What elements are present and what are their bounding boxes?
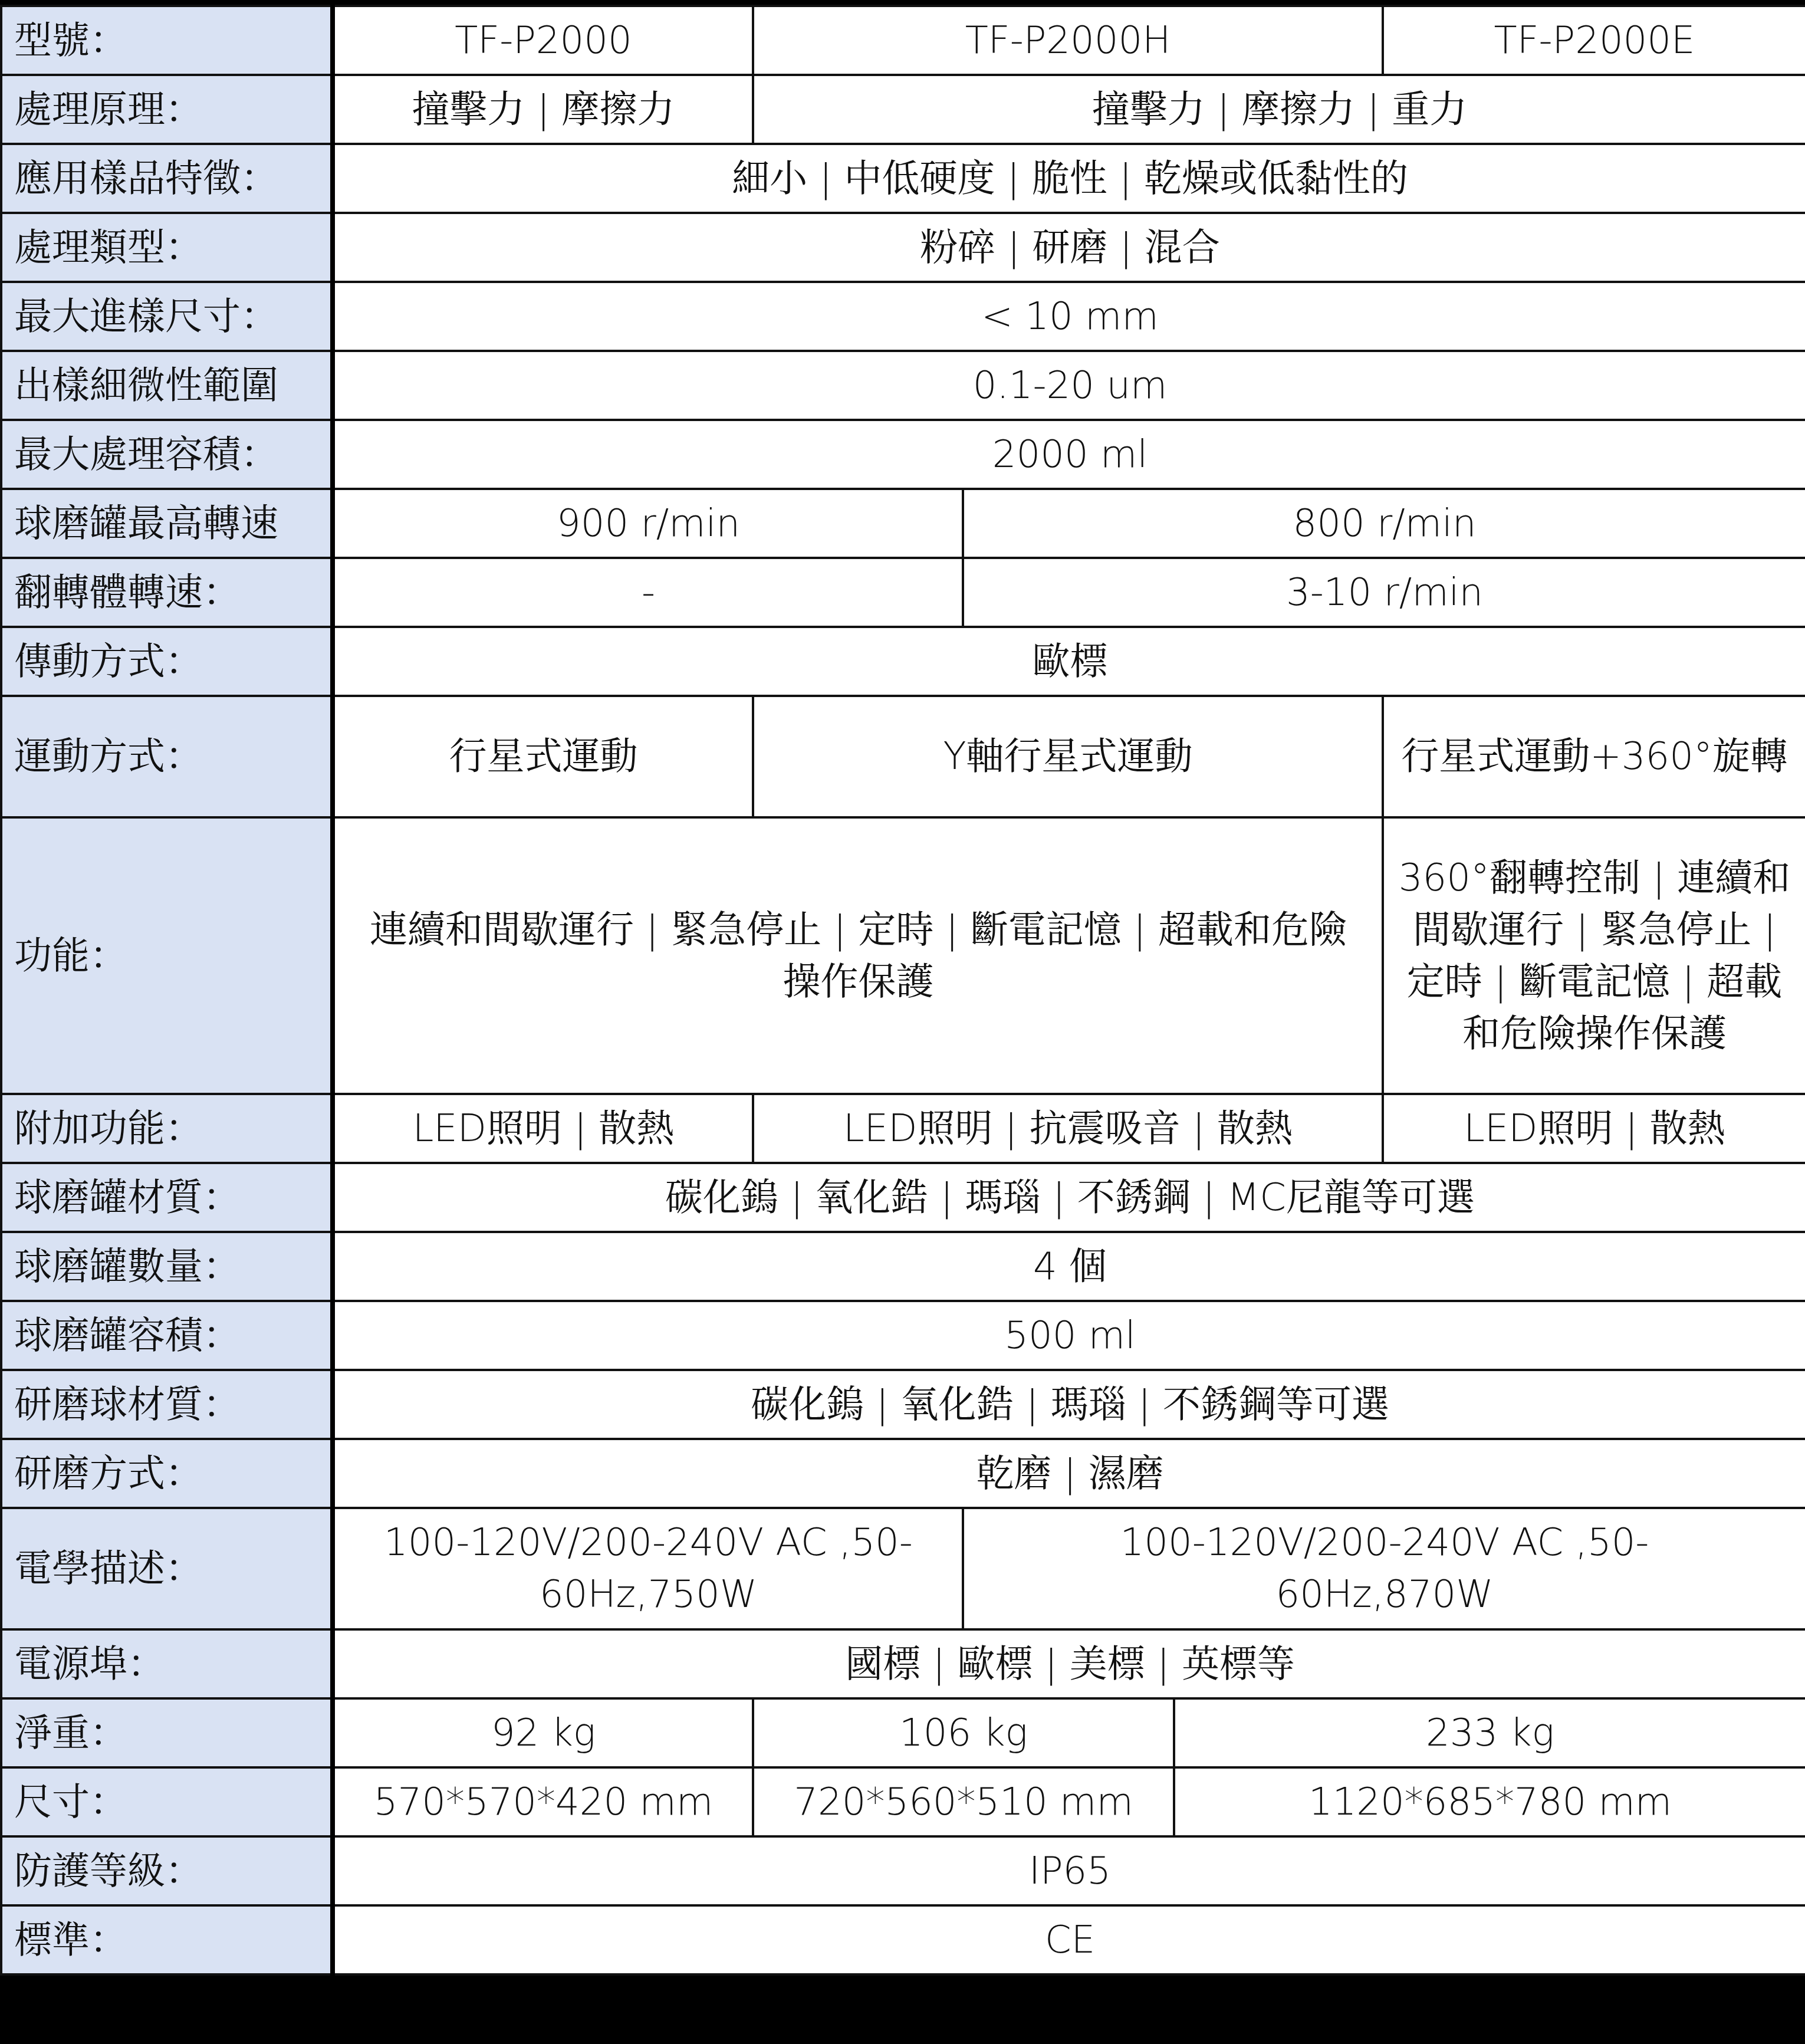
row-label: 應用樣品特徵： bbox=[1, 144, 333, 213]
cell-value: 92 kg bbox=[333, 1698, 753, 1767]
cell-value: 100-120V/200-240V AC ,50-60Hz,870W bbox=[963, 1508, 1805, 1629]
row-functions: 功能： 連續和間歇運行 | 緊急停止 | 定時 | 斷電記憶 | 超載和危險操作… bbox=[1, 817, 1805, 1094]
cell-value: 碳化鎢 | 氧化鋯 | 瑪瑙 | 不銹鋼等可選 bbox=[333, 1370, 1805, 1439]
cell-value: 2000 ml bbox=[333, 420, 1805, 489]
cell-value: 500 ml bbox=[333, 1301, 1805, 1370]
row-label: 處理類型： bbox=[1, 213, 333, 282]
row-max-capacity: 最大處理容積： 2000 ml bbox=[1, 420, 1805, 489]
row-process-type: 處理類型： 粉碎 | 研磨 | 混合 bbox=[1, 213, 1805, 282]
row-label: 運動方式： bbox=[1, 696, 333, 817]
model-tf-p2000h: TF-P2000H bbox=[753, 6, 1383, 75]
cell-value: 570*570*420 mm bbox=[333, 1767, 753, 1836]
row-label: 球磨罐數量： bbox=[1, 1232, 333, 1301]
row-jar-material: 球磨罐材質： 碳化鎢 | 氧化鋯 | 瑪瑙 | 不銹鋼 | MC尼龍等可選 bbox=[1, 1163, 1805, 1232]
row-jar-count: 球磨罐數量： 4 個 bbox=[1, 1232, 1805, 1301]
row-label: 淨重： bbox=[1, 1698, 333, 1767]
cell-value: 行星式運動 bbox=[333, 696, 753, 817]
cell-value: 3-10 r/min bbox=[963, 558, 1805, 627]
cell-value: 粉碎 | 研磨 | 混合 bbox=[333, 213, 1805, 282]
cell-value: 歐標 bbox=[333, 627, 1805, 696]
row-label: 研磨方式： bbox=[1, 1439, 333, 1508]
cell-value: 233 kg bbox=[1174, 1698, 1805, 1767]
spec-sheet: 型號： TF-P2000 TF-P2000H TF-P2000E 處理原理： 撞… bbox=[0, 5, 1805, 1976]
row-electrical: 電學描述： 100-120V/200-240V AC ,50-60Hz,750W… bbox=[1, 1508, 1805, 1629]
row-label: 球磨罐容積： bbox=[1, 1301, 333, 1370]
row-label: 出樣細微性範圍 bbox=[1, 351, 333, 420]
cell-value: 4 個 bbox=[333, 1232, 1805, 1301]
cell-value: 106 kg bbox=[753, 1698, 1174, 1767]
row-label: 電源埠： bbox=[1, 1629, 333, 1698]
row-protection-rating: 防護等級： IP65 bbox=[1, 1836, 1805, 1905]
row-ball-material: 研磨球材質： 碳化鎢 | 氧化鋯 | 瑪瑙 | 不銹鋼等可選 bbox=[1, 1370, 1805, 1439]
cell-value: Y軸行星式運動 bbox=[753, 696, 1383, 817]
cell-value: 連續和間歇運行 | 緊急停止 | 定時 | 斷電記憶 | 超載和危險操作保護 bbox=[333, 817, 1383, 1094]
row-label: 防護等級： bbox=[1, 1836, 333, 1905]
row-power-plug: 電源埠： 國標 | 歐標 | 美標 | 英標等 bbox=[1, 1629, 1805, 1698]
row-output-fineness: 出樣細微性範圍 0.1-20 um bbox=[1, 351, 1805, 420]
cell-value: CE bbox=[333, 1905, 1805, 1974]
model-tf-p2000: TF-P2000 bbox=[333, 6, 753, 75]
cell-value: IP65 bbox=[333, 1836, 1805, 1905]
row-motion-type: 運動方式： 行星式運動 Y軸行星式運動 行星式運動+360°旋轉 bbox=[1, 696, 1805, 817]
row-label: 研磨球材質： bbox=[1, 1370, 333, 1439]
cell-value: 國標 | 歐標 | 美標 | 英標等 bbox=[333, 1629, 1805, 1698]
cell-value: 撞擊力 | 摩擦力 | 重力 bbox=[753, 75, 1805, 144]
cell-value: 行星式運動+360°旋轉 bbox=[1383, 696, 1805, 817]
row-principle: 處理原理： 撞擊力 | 摩擦力 撞擊力 | 摩擦力 | 重力 bbox=[1, 75, 1805, 144]
row-label: 處理原理： bbox=[1, 75, 333, 144]
row-label: 附加功能： bbox=[1, 1094, 333, 1163]
model-tf-p2000e: TF-P2000E bbox=[1383, 6, 1805, 75]
row-label: 型號： bbox=[1, 6, 333, 75]
row-grinding-mode: 研磨方式： 乾磨 | 濕磨 bbox=[1, 1439, 1805, 1508]
cell-value: 碳化鎢 | 氧化鋯 | 瑪瑙 | 不銹鋼 | MC尼龍等可選 bbox=[333, 1163, 1805, 1232]
cell-value: 360°翻轉控制 | 連續和間歇運行 | 緊急停止 | 定時 | 斷電記憶 | … bbox=[1383, 817, 1805, 1094]
cell-value: - bbox=[333, 558, 963, 627]
cell-value: 1120*685*780 mm bbox=[1174, 1767, 1805, 1836]
row-dimensions: 尺寸： 570*570*420 mm 720*560*510 mm 1120*6… bbox=[1, 1767, 1805, 1836]
cell-value: 720*560*510 mm bbox=[753, 1767, 1174, 1836]
cell-value: 乾磨 | 濕磨 bbox=[333, 1439, 1805, 1508]
row-standard: 標準： CE bbox=[1, 1905, 1805, 1974]
row-flip-speed: 翻轉體轉速： - 3-10 r/min bbox=[1, 558, 1805, 627]
cell-value: < 10 mm bbox=[333, 282, 1805, 351]
row-label: 翻轉體轉速： bbox=[1, 558, 333, 627]
row-jar-max-speed: 球磨罐最高轉速 900 r/min 800 r/min bbox=[1, 489, 1805, 558]
cell-value: LED照明 | 抗震吸音 | 散熱 bbox=[753, 1094, 1383, 1163]
cell-value: 800 r/min bbox=[963, 489, 1805, 558]
row-model: 型號： TF-P2000 TF-P2000H TF-P2000E bbox=[1, 6, 1805, 75]
cell-value: LED照明 | 散熱 bbox=[1383, 1094, 1805, 1163]
row-extra-functions: 附加功能： LED照明 | 散熱 LED照明 | 抗震吸音 | 散熱 LED照明… bbox=[1, 1094, 1805, 1163]
row-label: 尺寸： bbox=[1, 1767, 333, 1836]
cell-value: 細小 | 中低硬度 | 脆性 | 乾燥或低黏性的 bbox=[333, 144, 1805, 213]
row-max-feed-size: 最大進樣尺寸： < 10 mm bbox=[1, 282, 1805, 351]
row-label: 電學描述： bbox=[1, 1508, 333, 1629]
row-net-weight: 淨重： 92 kg 106 kg 233 kg bbox=[1, 1698, 1805, 1767]
row-label: 傳動方式： bbox=[1, 627, 333, 696]
row-label: 最大進樣尺寸： bbox=[1, 282, 333, 351]
row-jar-volume: 球磨罐容積： 500 ml bbox=[1, 1301, 1805, 1370]
row-sample-features: 應用樣品特徵： 細小 | 中低硬度 | 脆性 | 乾燥或低黏性的 bbox=[1, 144, 1805, 213]
cell-value: LED照明 | 散熱 bbox=[333, 1094, 753, 1163]
row-label: 最大處理容積： bbox=[1, 420, 333, 489]
row-label: 功能： bbox=[1, 817, 333, 1094]
row-drive-type: 傳動方式： 歐標 bbox=[1, 627, 1805, 696]
cell-value: 100-120V/200-240V AC ,50-60Hz,750W bbox=[333, 1508, 963, 1629]
row-label: 球磨罐最高轉速 bbox=[1, 489, 333, 558]
cell-value: 900 r/min bbox=[333, 489, 963, 558]
cell-value: 0.1-20 um bbox=[333, 351, 1805, 420]
row-label: 標準： bbox=[1, 1905, 333, 1974]
spec-table: 型號： TF-P2000 TF-P2000H TF-P2000E 處理原理： 撞… bbox=[0, 5, 1805, 1976]
cell-value: 撞擊力 | 摩擦力 bbox=[333, 75, 753, 144]
row-label: 球磨罐材質： bbox=[1, 1163, 333, 1232]
